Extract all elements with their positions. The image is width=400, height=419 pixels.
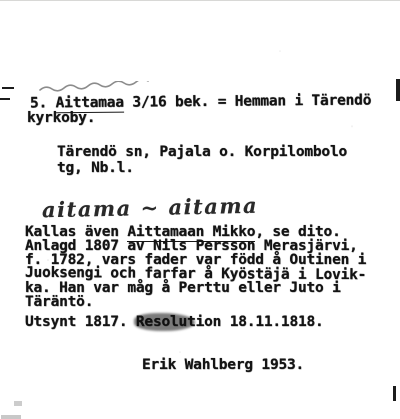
body-line6: Täräntö. — [25, 294, 93, 310]
district-line1: Tärendö sn, Pajala o. Korpilombolo — [57, 144, 347, 160]
body-line7-post: 18.11.1818. — [221, 314, 323, 330]
card-edge-mark-right-top — [396, 79, 400, 101]
handwritten-note: aitama ~ aitama — [42, 193, 259, 223]
card-corner-mark — [2, 87, 14, 89]
district-line2: tg, Nb.l. — [57, 160, 134, 176]
entry-title-line: 5. Aittamaa 3/16 bek. = Hemman i Tärendö — [30, 93, 371, 112]
body-line7-pre: Utsynt 1817. — [25, 314, 136, 330]
entry-title-line2: kyrkoby. — [27, 110, 95, 126]
signature: Erik Wahlberg 1953. — [142, 357, 304, 373]
entry-title-rest: 3/16 bek. = Hemman i Tärendö — [124, 93, 372, 111]
pencil-scribble — [38, 81, 168, 95]
scan-smudge-bottom-left — [14, 401, 22, 406]
scanned-index-card: 5. Aittamaa 3/16 bek. = Hemman i Tärendö… — [0, 0, 400, 419]
card-corner-mark — [0, 98, 10, 100]
scan-smudge-bottom-left — [1, 415, 21, 419]
card-edge-mark-right-bottom — [393, 386, 396, 401]
body-line7: Utsynt 1817. Resolution 18.11.1818. — [25, 314, 324, 330]
smudged-word: Resolution — [136, 314, 221, 330]
